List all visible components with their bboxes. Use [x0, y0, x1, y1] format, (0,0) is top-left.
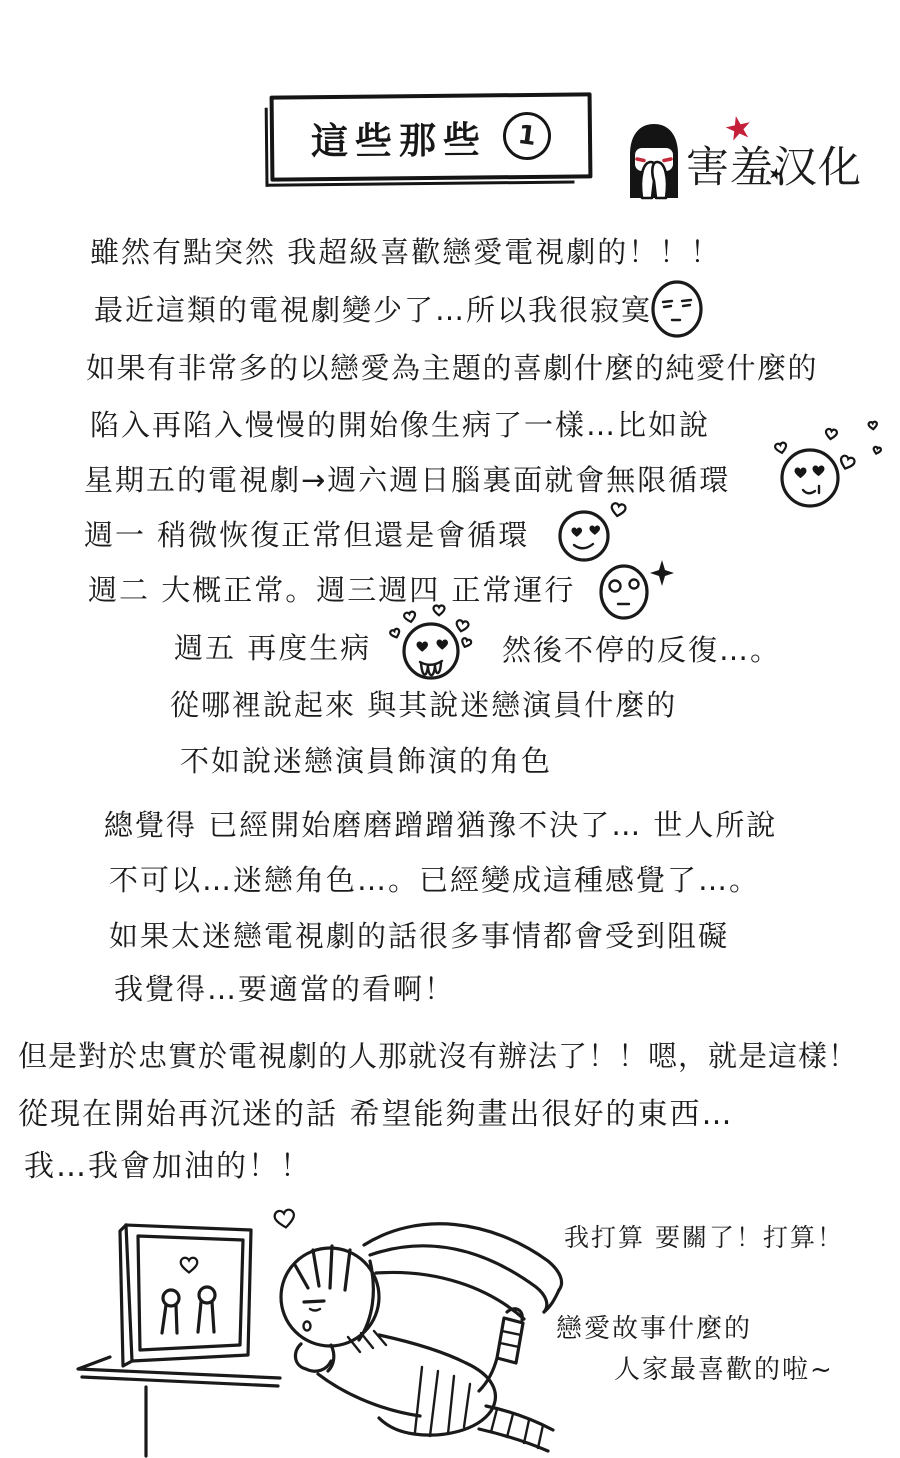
- text-line: 如果有非常多的以戀愛為主題的喜劇什麼的純愛什麼的: [86, 346, 818, 387]
- text-line: 然後不停的反復…。: [502, 628, 781, 669]
- logo: ★ 害羞汉化 ★: [626, 118, 886, 208]
- page: 這些那些 1 ★ 害羞汉化 ★ 雖然有點突然 我超級喜歡戀愛電視劇的！！！ 最近…: [0, 0, 900, 1458]
- circled-number-badge: 1: [500, 109, 554, 163]
- text-line: 週五 再度生病: [174, 626, 371, 667]
- heart-eyes-hearts-face-icon: [768, 420, 892, 520]
- girl-figure: [274, 1209, 562, 1451]
- title-box: 這些那些 1: [270, 92, 593, 181]
- lonely-face-icon: [648, 278, 706, 338]
- footer-caption-line1: 戀愛故事什麼的: [556, 1308, 752, 1345]
- heart-icon: [181, 1258, 198, 1273]
- footer-caption-top: 我打算 要關了！打算！: [564, 1218, 844, 1254]
- text-line: 最近這類的電視劇變少了…所以我很寂寞: [94, 288, 652, 329]
- text-line: 不可以…迷戀角色…。已經變成這種感覺了…。: [109, 858, 760, 899]
- text-line: 週二 大概正常。週三週四 正常運行: [88, 568, 575, 609]
- text-line: 但是對於忠實於電視劇的人那就沒有辦法了！！嗯，就是這樣！: [18, 1034, 858, 1075]
- text-line: 週一 稍微恢復正常但還是會循環: [84, 513, 529, 554]
- heart-eyes-drool-face-icon: [383, 593, 499, 691]
- tv-icon: [120, 1225, 251, 1366]
- shy-girl-covering-face-icon: [626, 122, 682, 200]
- footer-caption-line2: 人家最喜歡的啦~: [614, 1349, 834, 1386]
- text-line: 陷入再陷入慢慢的開始像生病了一樣…比如說: [90, 403, 710, 444]
- page-title: 這些那些: [311, 109, 488, 165]
- text-line: 不如說迷戀演員飾演的角色: [180, 739, 552, 780]
- girl-watching-tv-illustration: [18, 1185, 568, 1458]
- text-line: 總覺得 已經開始磨磨蹭蹭猶豫不決了… 世人所說: [104, 803, 777, 844]
- text-line: 我覺得…要適當的看啊！: [114, 967, 455, 1008]
- sparkle-icon: [650, 560, 674, 586]
- text-line: 星期五的電視劇→週六週日腦裏面就會無限循環: [84, 458, 730, 499]
- calm-face-sparkle-icon: [596, 556, 678, 628]
- text-line: 我…我會加油的！！: [24, 1141, 312, 1185]
- text-line: 雖然有點突然 我超級喜歡戀愛電視劇的！！！: [90, 230, 721, 271]
- text-line: 從現在開始再沉迷的話 希望能夠畫出很好的東西…: [18, 1089, 734, 1133]
- heart-icon: [274, 1209, 296, 1229]
- text-line: 如果太迷戀電視劇的話很多事情都會受到阻礙: [109, 914, 729, 955]
- tv-stand: [78, 1357, 280, 1456]
